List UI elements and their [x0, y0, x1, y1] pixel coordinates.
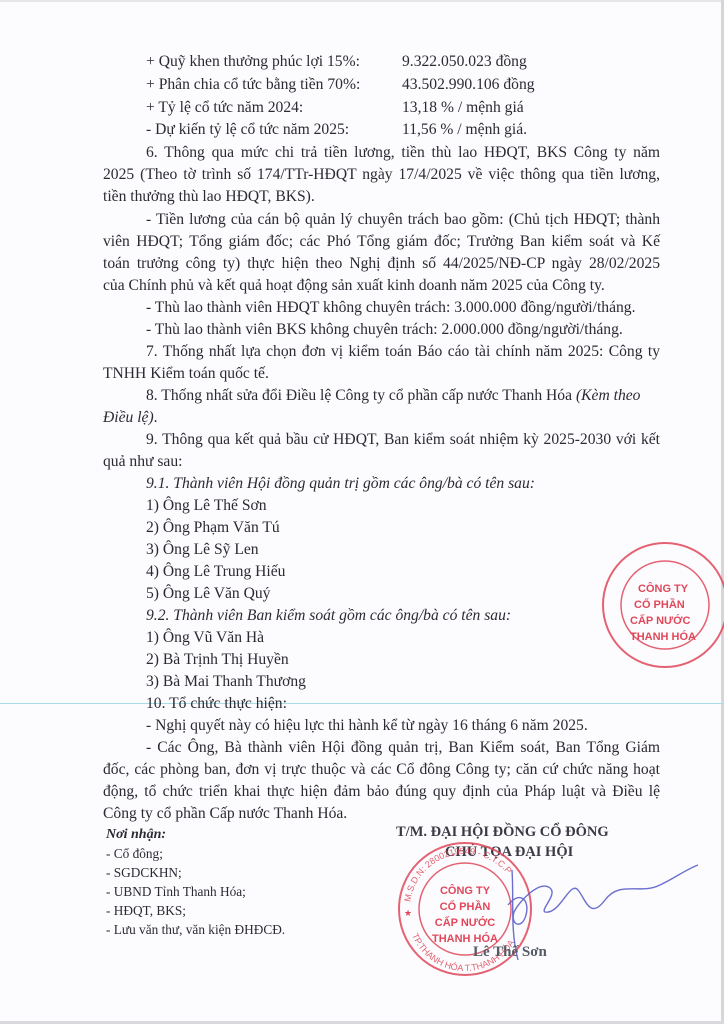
fin-label: + Tỷ lệ cổ tức năm 2024: [146, 98, 303, 118]
recipient-item: - Lưu văn thư, văn kiện ĐHĐCĐ. [106, 921, 285, 938]
responsibility-line: đốc, các phòng ban, đơn vị trực thuộc và… [103, 760, 660, 780]
item7-line: 7. Thống nhất lựa chọn đơn vị kiểm toán … [146, 342, 660, 362]
salary-line: viên HĐQT; Tổng giám đốc; các Phó Tổng g… [103, 232, 660, 252]
svg-text:CẤP NƯỚC: CẤP NƯỚC [435, 916, 496, 929]
stamp-line: CÔNG TY [440, 884, 491, 897]
supervisory-heading: 9.2. Thành viên Ban kiểm soát gồm các ôn… [146, 606, 511, 626]
fin-label: - Dự kiến tỷ lệ cổ tức năm 2025: [146, 120, 349, 140]
signer-name: Lê Thế Sơn [473, 944, 547, 961]
board-member: 2) Ông Phạm Văn Tú [146, 518, 280, 538]
item9-line: quả như sau: [103, 452, 182, 472]
svg-text:CÔNG TY: CÔNG TY [638, 582, 689, 595]
recipient-item: - SGDCKHN; [106, 864, 182, 881]
svg-text:THANH HÓA: THANH HÓA [630, 630, 696, 643]
fin-label: + Quỹ khen thưởng phúc lợi 15%: [146, 52, 360, 72]
fin-value: 9.322.050.023 đồng [402, 52, 527, 72]
item8-attachment-note: (Kèm theo [576, 387, 641, 404]
document-page: + Quỹ khen thưởng phúc lợi 15%: 9.322.05… [0, 0, 724, 1024]
item6-line: 6. Thông qua mức chi trả tiền lương, tiề… [146, 143, 660, 163]
supervisory-member: 3) Bà Mai Thanh Thương [146, 672, 306, 692]
item8-line: Điều lệ). [103, 408, 158, 428]
svg-text:★: ★ [404, 908, 412, 918]
svg-text:CỔ PHẦN: CỔ PHẦN [440, 900, 491, 913]
item6-line: 2025 (Theo tờ trình số 174/TTr-HĐQT ngày… [103, 165, 660, 185]
fin-value: 43.502.990.106 đồng [402, 75, 535, 95]
supervisory-member: 1) Ông Vũ Văn Hà [146, 628, 264, 648]
responsibility-line: động, tổ chức triển khai thực hiện đảm b… [103, 782, 660, 802]
board-member: 4) Ông Lê Trung Hiếu [146, 562, 285, 582]
recipient-item: - UBND Tỉnh Thanh Hóa; [106, 883, 246, 900]
responsibility-line: - Các Ông, Bà thành viên Hội đồng quản t… [146, 738, 660, 758]
recipients-heading: Nơi nhận: [106, 826, 166, 843]
item8-end: . [154, 409, 158, 426]
svg-text:CẤP NƯỚC: CẤP NƯỚC [630, 614, 691, 627]
board-heading: 9.1. Thành viên Hội đồng quản trị gồm cá… [146, 474, 535, 494]
svg-text:CỔ PHẦN: CỔ PHẦN [634, 598, 685, 611]
responsibility-line: Công ty cổ phần Cấp nước Thanh Hóa. [103, 804, 347, 824]
supervisory-member: 2) Bà Trịnh Thị Huyền [146, 650, 289, 670]
fin-label: + Phân chia cổ tức bằng tiền 70%: [146, 75, 360, 95]
item10-heading: 10. Tổ chức thực hiện: [146, 694, 287, 714]
fin-value: 13,18 % / mệnh giá [402, 98, 524, 118]
salary-line: - Tiền lương của cán bộ quản lý chuyên t… [146, 210, 660, 230]
item8-line: 8. Thống nhất sửa đổi Điều lệ Công ty cổ… [146, 386, 660, 406]
item8-attachment-note: Điều lệ) [103, 409, 154, 426]
company-stamp-partial: CÔNG TY CỔ PHẦN CẤP NƯỚC THANH HÓA [590, 530, 724, 680]
item6-line: tiền thưởng thù lao HĐQT, BKS). [103, 187, 315, 207]
recipient-item: - Cổ đông; [106, 845, 163, 862]
effective-date-line: - Nghị quyết này có hiệu lực thi hành kể… [146, 716, 588, 736]
board-member: 3) Ông Lê Sỹ Len [146, 540, 259, 560]
item9-line: 9. Thông qua kết quả bầu cử HĐQT, Ban ki… [146, 430, 660, 450]
hdqt-fee: - Thù lao thành viên HĐQT không chuyên t… [146, 298, 636, 318]
page-edge-top [0, 0, 724, 2]
bks-fee: - Thù lao thành viên BKS không chuyên tr… [146, 320, 623, 340]
board-member: 1) Ông Lê Thế Sơn [146, 496, 267, 516]
recipient-item: - HĐQT, BKS; [106, 902, 186, 919]
salary-line: của Chính phủ và kết quả hoạt động sản x… [103, 276, 605, 296]
salary-line: toán trưởng công ty) thực hiện theo Nghị… [103, 254, 660, 274]
scan-artifact-line [0, 703, 724, 704]
board-member: 5) Ông Lê Văn Quý [146, 584, 270, 604]
item7-line: TNHH Kiểm toán quốc tế. [103, 364, 269, 384]
fin-value: 11,56 % / mệnh giá. [402, 120, 527, 140]
item8-text: 8. Thống nhất sửa đổi Điều lệ Công ty cổ… [146, 387, 576, 404]
